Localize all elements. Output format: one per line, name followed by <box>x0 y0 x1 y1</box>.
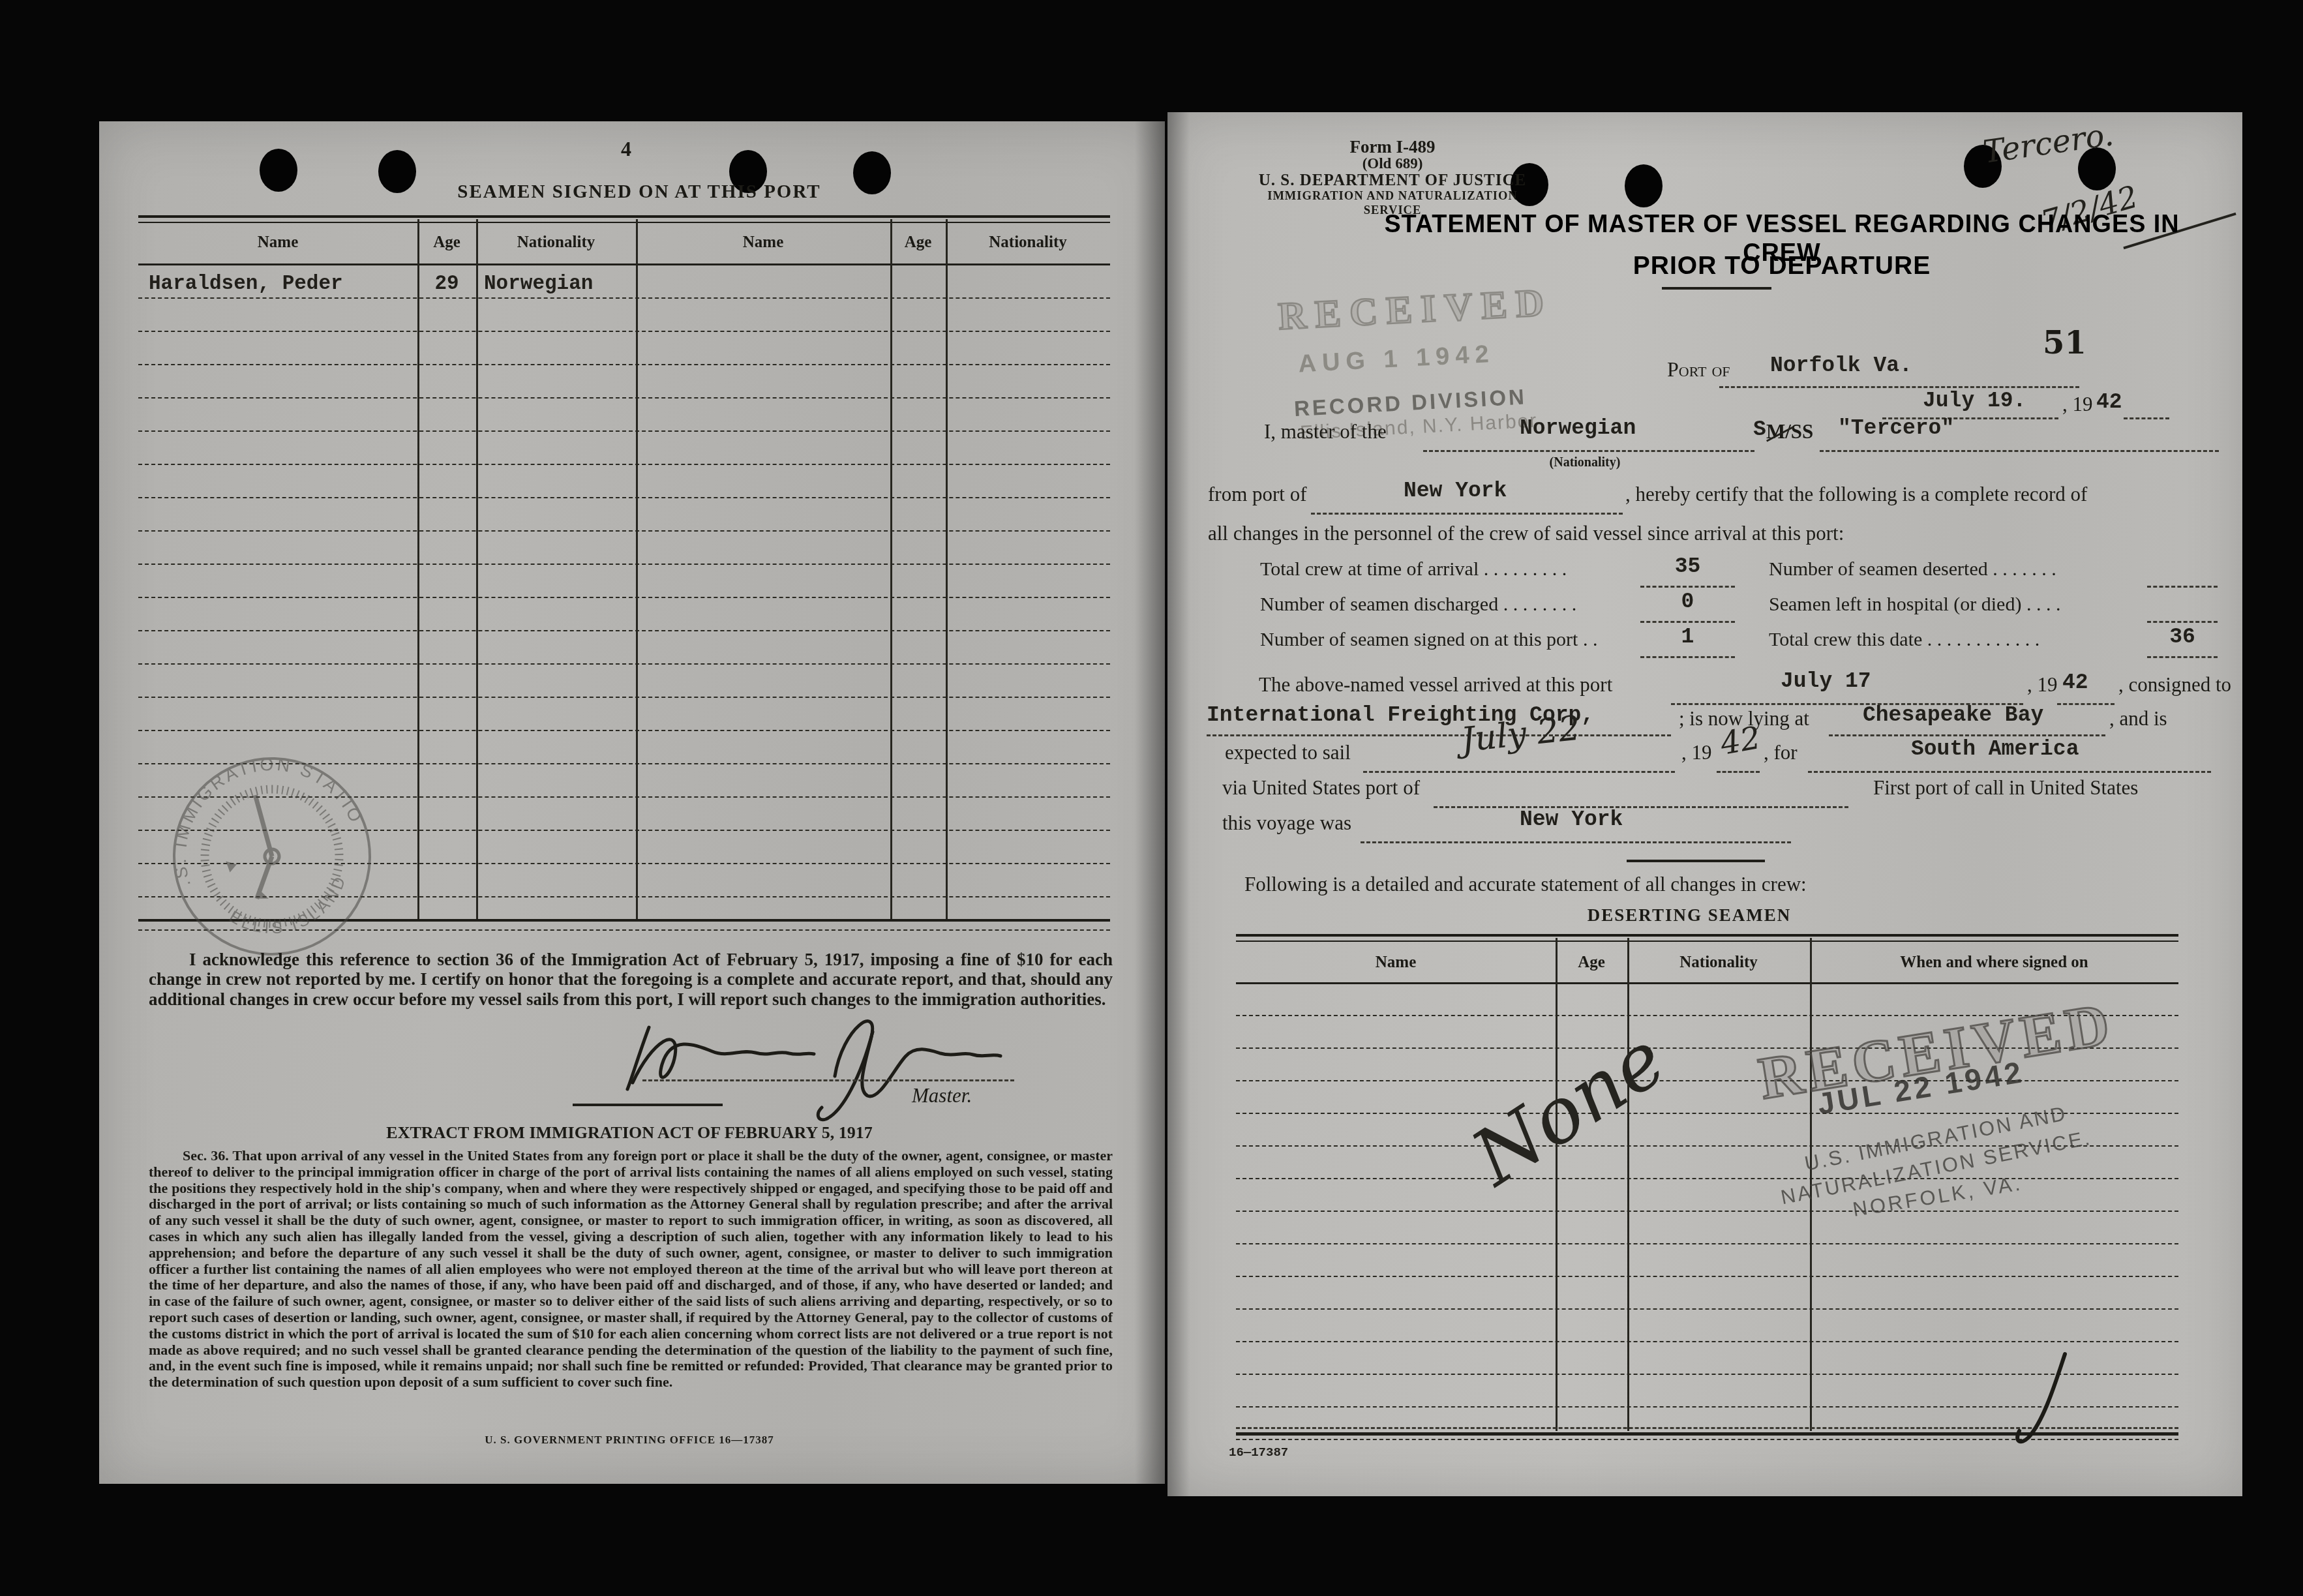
checkmark-icon <box>2001 1350 2079 1454</box>
stat-value: 36 <box>2147 625 2218 649</box>
changes-line: all changes in the personnel of the crew… <box>1208 522 1844 545</box>
consigned-to-label: , consigned to <box>2118 673 2231 697</box>
col-header-nationality: Nationality <box>476 233 636 252</box>
form-code: 16—17387 <box>1229 1445 1288 1460</box>
and-is-label: , and is <box>2109 707 2167 730</box>
nationality-caption: (Nationality) <box>1487 455 1683 470</box>
col-header-age: Age <box>417 233 476 252</box>
seaman-nationality: Norwegian <box>484 273 593 295</box>
table-row <box>138 631 1110 665</box>
vessel-type-label: M/SS <box>1766 420 1813 444</box>
stat-label: Total crew this date . . . . . . . . . .… <box>1769 629 2040 651</box>
table-row <box>1236 1212 2178 1244</box>
table-vline <box>476 219 478 921</box>
table-row <box>1236 1179 2178 1212</box>
stat-label: Number of seamen discharged . . . . . . … <box>1260 594 1576 616</box>
table-vline <box>636 219 638 921</box>
vessel-typed-s: S <box>1753 417 1766 442</box>
col-header-age2: Age <box>890 233 946 252</box>
table-row <box>138 565 1110 598</box>
voyage-label: this voyage was <box>1222 811 1351 835</box>
from-port-rule <box>1311 513 1623 515</box>
section-rule <box>1627 860 1765 862</box>
form-title-line2: PRIOR TO DEPARTURE <box>1345 252 2219 280</box>
vessel-rule <box>1820 450 2219 452</box>
date-value: July 19. <box>1923 389 2026 413</box>
stat-rule <box>1640 586 1735 588</box>
col-header-name: Name <box>138 233 417 252</box>
table-row <box>138 598 1110 631</box>
port-rule <box>1719 386 2079 388</box>
following-line: Following is a detailed and accurate sta… <box>1244 873 1807 896</box>
handwritten-sail-year: 42 <box>1718 719 1764 762</box>
table-row <box>1236 1277 2178 1310</box>
col-header-nationality: Nationality <box>1627 954 1810 972</box>
stat-value: 1 <box>1640 625 1735 649</box>
form-id-block: Form I-489 (Old 689) U. S. DEPARTMENT OF… <box>1239 138 1546 218</box>
year-typed: 42 <box>2096 390 2122 414</box>
table-top-rule <box>1236 934 2178 942</box>
year-rule <box>2124 417 2169 419</box>
col-header-nationality2: Nationality <box>946 233 1110 252</box>
stat-label: Number of seamen signed on at this port … <box>1260 629 1597 651</box>
arrival-year-typed: 42 <box>2062 670 2088 695</box>
deserting-seamen-heading: DESERTING SEAMEN <box>1494 905 1885 926</box>
voyage-value: New York <box>1520 807 1623 832</box>
from-port-value: New York <box>1404 479 1507 503</box>
via-port-label: via United States port of <box>1222 776 1420 800</box>
table-row <box>138 498 1110 532</box>
stamp-arc-bottom: ELLIS ISLAND <box>222 867 361 955</box>
extract-heading: EXTRACT FROM IMMIGRATION ACT OF FEBRUARY… <box>280 1123 978 1143</box>
svg-text:ELLIS ISLAND: ELLIS ISLAND <box>222 867 361 955</box>
for-label: , for <box>1764 741 1798 764</box>
punch-hole <box>1625 164 1663 207</box>
table-vline <box>946 219 948 921</box>
seaman-name: Haraldsen, Peder <box>149 273 343 295</box>
table-row <box>138 465 1110 498</box>
table-row <box>138 399 1110 432</box>
table-vline <box>890 219 892 921</box>
table-row <box>138 698 1110 731</box>
page-number: 4 <box>621 137 631 161</box>
col-header-age: Age <box>1556 954 1627 972</box>
vessel-name-value: "Tercero" <box>1838 416 1954 440</box>
stat-label: Number of seamen deserted . . . . . . . <box>1769 558 2056 580</box>
expected-sail-label: expected to sail <box>1225 741 1351 764</box>
left-page-heading: SEAMEN SIGNED ON AT THIS PORT <box>280 181 998 203</box>
nationality-value: Norwegian <box>1520 416 1636 440</box>
sheet-number-stamp: 51 <box>2043 325 2086 361</box>
stat-rule <box>1640 621 1735 623</box>
signature-line <box>642 1079 1014 1081</box>
stat-label: Total crew at time of arrival . . . . . … <box>1260 558 1567 580</box>
first-port-label: First port of call in United States <box>1873 776 2138 800</box>
table-top-rule <box>138 215 1110 223</box>
department-line: U. S. DEPARTMENT OF JUSTICE <box>1239 172 1546 189</box>
fill-rule <box>2057 703 2115 705</box>
fill-rule <box>1829 734 2105 736</box>
form-number: Form I-489 <box>1239 138 1546 156</box>
col-header-name2: Name <box>636 233 890 252</box>
short-rule <box>573 1104 723 1106</box>
table-row <box>138 665 1110 698</box>
stat-rule <box>1640 656 1735 658</box>
fill-rule <box>1207 734 1671 736</box>
nationality-rule <box>1423 450 1754 452</box>
table-row <box>1236 1244 2178 1277</box>
stat-label: Seamen left in hospital (or died) . . . … <box>1769 594 2060 616</box>
year-prefix: , 19 <box>2062 393 2093 416</box>
stat-value: 35 <box>1640 554 1735 579</box>
table-row <box>1236 1310 2178 1342</box>
table-vline <box>417 219 419 921</box>
title-rule <box>1662 287 1771 290</box>
col-header-signed-on: When and where signed on <box>1810 954 2178 972</box>
master-prefix: I, master of the <box>1264 420 1387 444</box>
stat-rule <box>2147 656 2218 658</box>
table-vline <box>1627 938 1629 1431</box>
lying-at-value: Chesapeake Bay <box>1863 703 2043 727</box>
from-port-suffix: , hereby certify that the following is a… <box>1625 483 2087 506</box>
table-row <box>138 532 1110 565</box>
stat-value: 0 <box>1640 590 1735 614</box>
fill-rule <box>1434 806 1848 808</box>
table-row <box>138 332 1110 365</box>
table-row <box>138 299 1110 332</box>
arrival-line1: The above-named vessel arrived at this p… <box>1259 673 1612 697</box>
table-vline <box>1556 938 1558 1431</box>
stat-rule <box>2147 586 2218 588</box>
col-header-name: Name <box>1236 954 1556 972</box>
form-old-number: (Old 689) <box>1239 156 1546 172</box>
port-value: Norfolk Va. <box>1770 354 1912 378</box>
destination-value: South America <box>1911 737 2079 761</box>
table-row <box>138 432 1110 465</box>
printing-office-line: U. S. GOVERNMENT PRINTING OFFICE 16—1738… <box>280 1434 978 1447</box>
fill-rule <box>1808 771 2211 773</box>
fill-rule <box>1717 771 1760 773</box>
table-row <box>138 365 1110 399</box>
scanned-document: 4 SEAMEN SIGNED ON AT THIS PORT Name Age… <box>0 0 2303 1596</box>
arrival-year-prefix: , 19 <box>2027 673 2058 697</box>
extract-paragraph: Sec. 36. That upon arrival of any vessel… <box>149 1148 1113 1391</box>
arrived-date-value: July 17 <box>1781 669 1871 693</box>
sail-year-prefix: , 19 <box>1681 741 1712 764</box>
fill-rule <box>1363 771 1675 773</box>
master-label: Master. <box>912 1084 972 1107</box>
stat-rule <box>2147 621 2218 623</box>
seaman-age: 29 <box>417 273 476 295</box>
port-of-label: Port of <box>1667 357 1730 382</box>
fill-rule <box>1361 841 1791 843</box>
from-port-prefix: from port of <box>1208 483 1307 506</box>
